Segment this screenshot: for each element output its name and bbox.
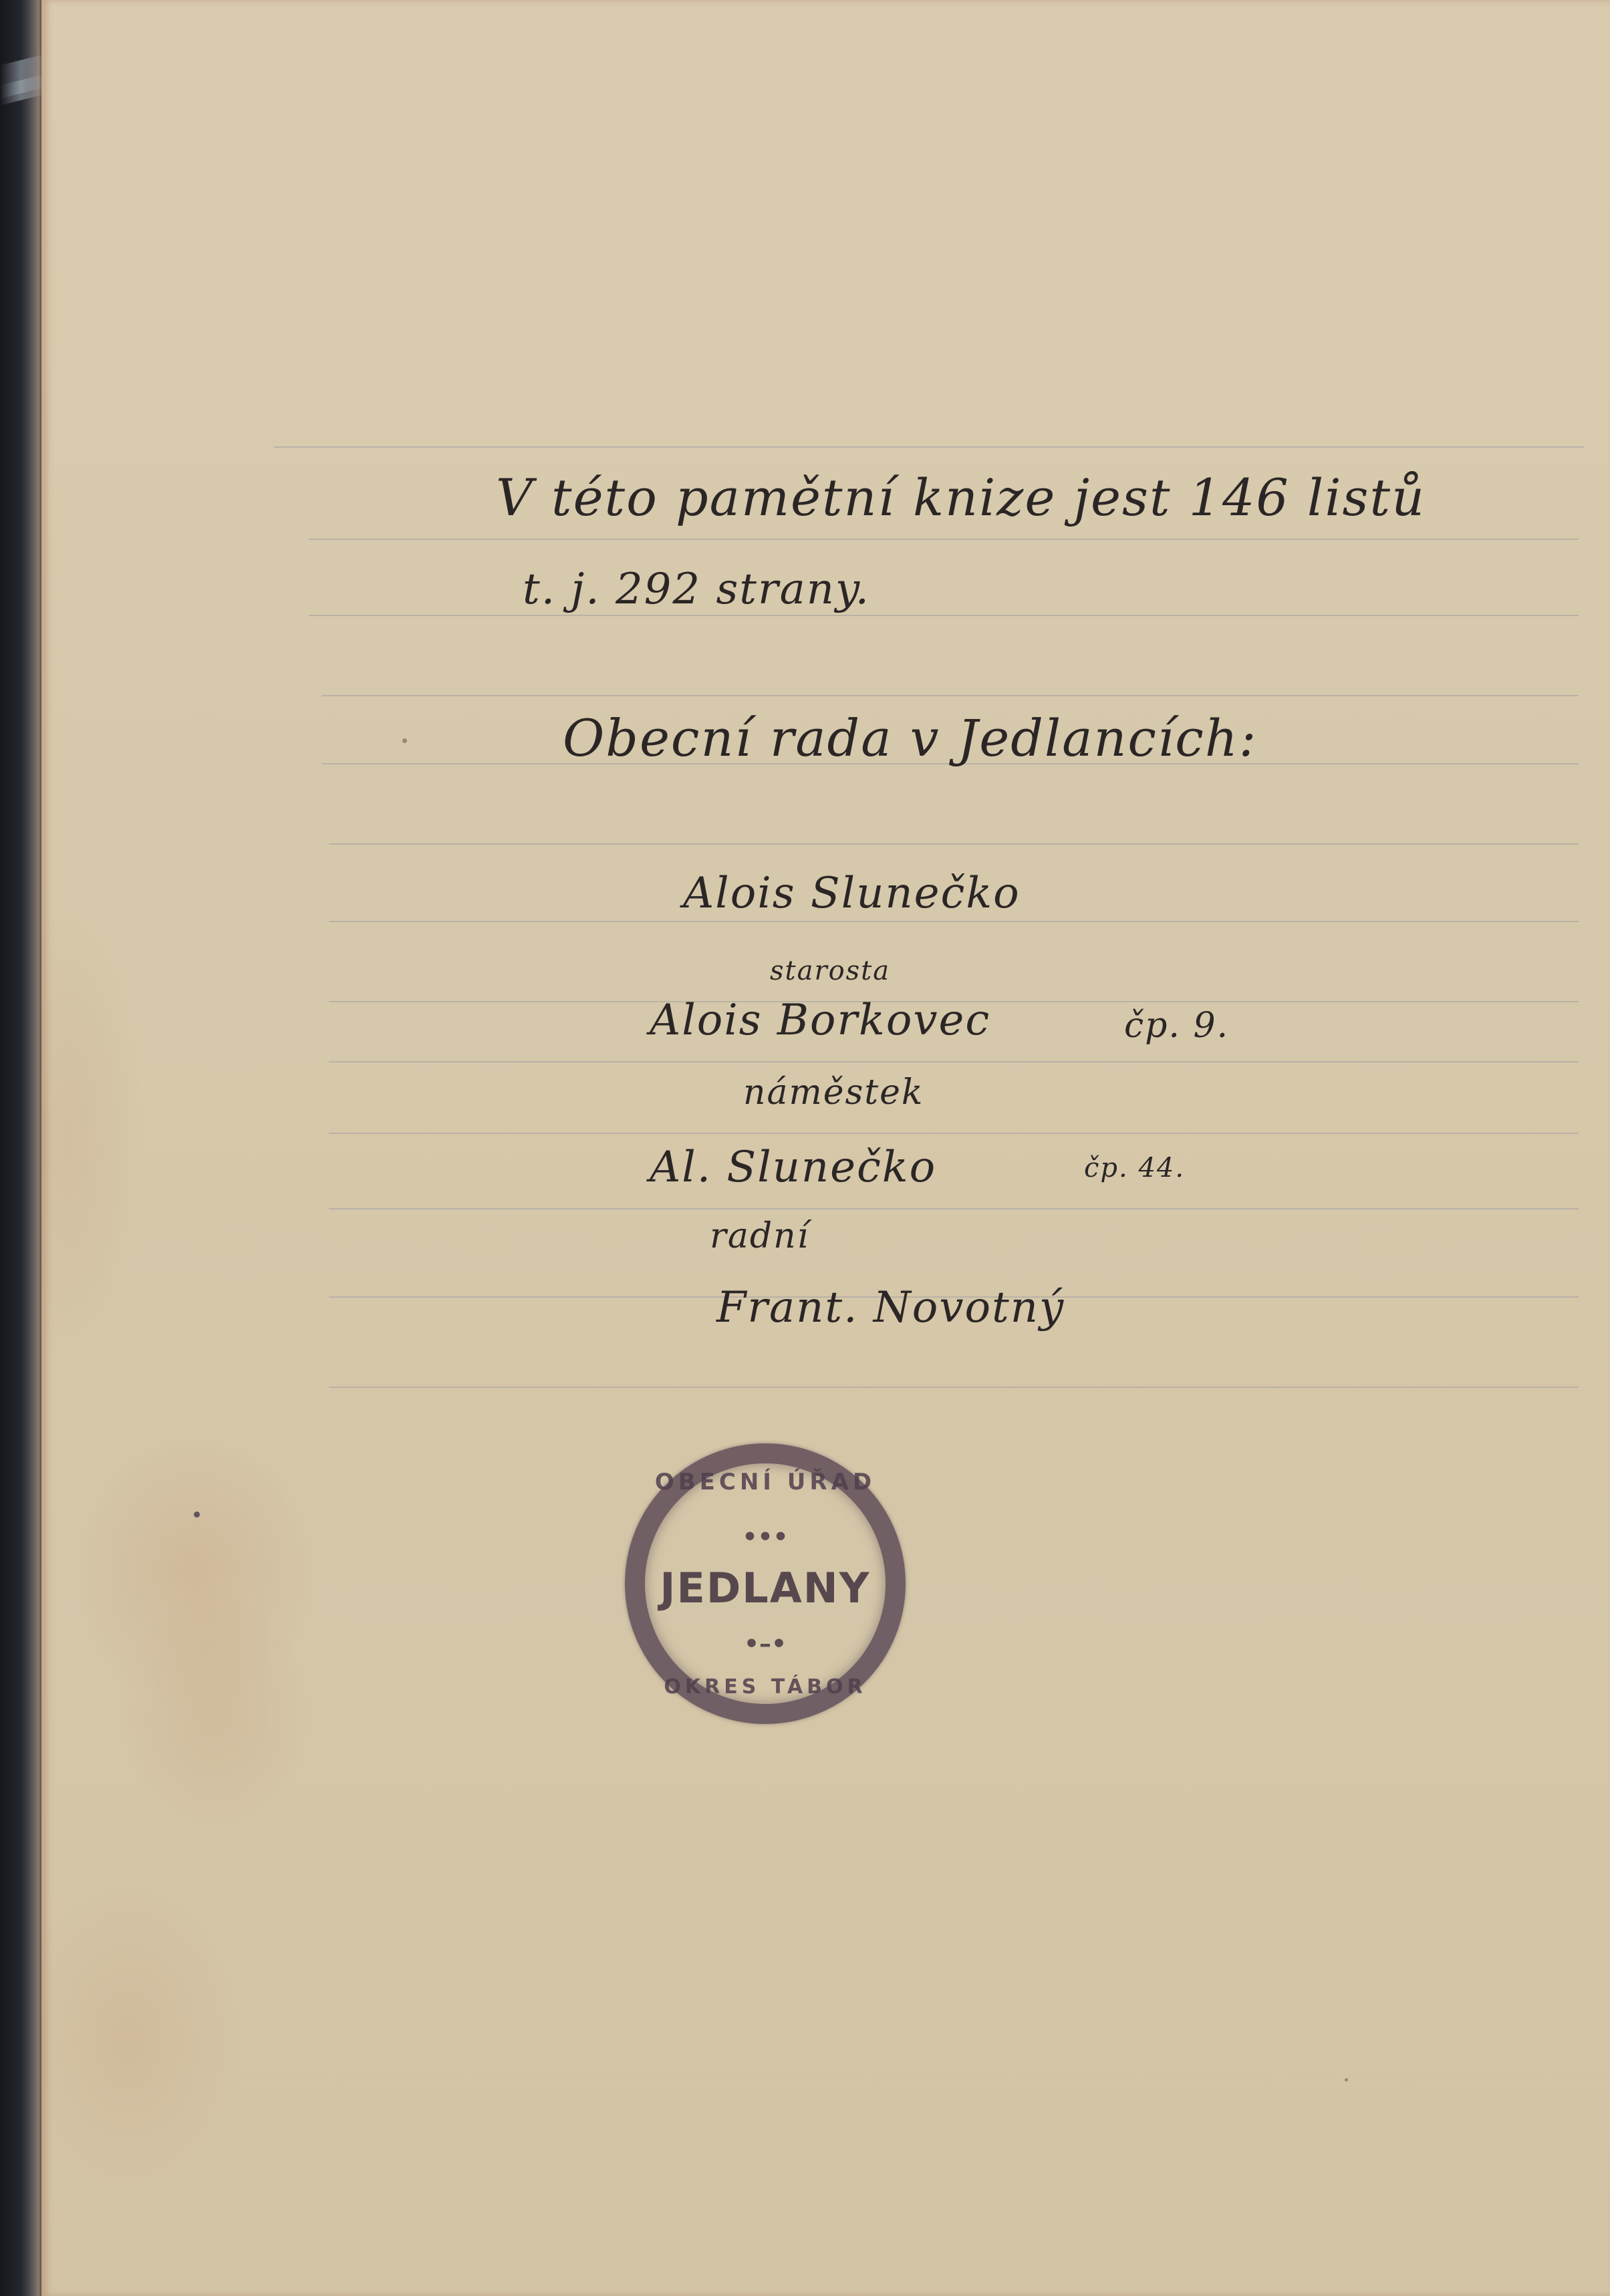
ruled-line [329, 921, 1579, 922]
stamp-center-text: JEDLANY [645, 1564, 886, 1612]
stamp-bottom-text: OKRES TÁBOR [645, 1675, 886, 1699]
ink-speck [1345, 2078, 1348, 2082]
ruled-line [274, 446, 1584, 448]
stamp-ornament-bottom: •–• [645, 1630, 886, 1658]
book-binding [0, 0, 41, 2296]
signatory-2-house-number: čp. 9. [1124, 1006, 1229, 1046]
signatory-2-role: náměstek [743, 1072, 924, 1113]
statement-line-1: V této pamětní knize jest 146 listů [496, 468, 1426, 527]
ink-speck [402, 738, 407, 743]
ruled-line [309, 615, 1579, 616]
signatory-3-role: radní [710, 1216, 809, 1256]
ink-speck [194, 1512, 200, 1518]
ruled-line [309, 539, 1579, 540]
stamp-ornament-top: ••• [645, 1524, 886, 1551]
ruled-line [329, 1133, 1579, 1134]
signatory-1-name: Alois Slunečko [683, 869, 1021, 918]
stamp-top-text: OBECNÍ ÚŘAD [645, 1469, 886, 1495]
ruled-line [329, 1208, 1579, 1209]
ruled-line [322, 695, 1579, 696]
signatory-2-name: Alois Borkovec [650, 996, 990, 1045]
signatory-3-name: Al. Slunečko [650, 1143, 936, 1192]
signatory-1-role: starosta [770, 956, 890, 986]
council-heading: Obecní rada v Jedlancích: [563, 708, 1257, 768]
ruled-line [329, 1387, 1579, 1388]
ruled-line [329, 1061, 1579, 1062]
signatory-4-name: Frant. Novotný [716, 1283, 1065, 1332]
municipal-stamp: OBECNÍ ÚŘAD ••• JEDLANY •–• OKRES TÁBOR [625, 1443, 906, 1724]
signatory-3-house-number: čp. 44. [1084, 1153, 1185, 1183]
statement-line-2: t. j. 292 strany. [523, 565, 870, 614]
ruled-line [329, 843, 1579, 845]
paper-page: V této pamětní knize jest 146 listů t. j… [41, 0, 1610, 2296]
document-scan: V této pamětní knize jest 146 listů t. j… [0, 0, 1610, 2296]
